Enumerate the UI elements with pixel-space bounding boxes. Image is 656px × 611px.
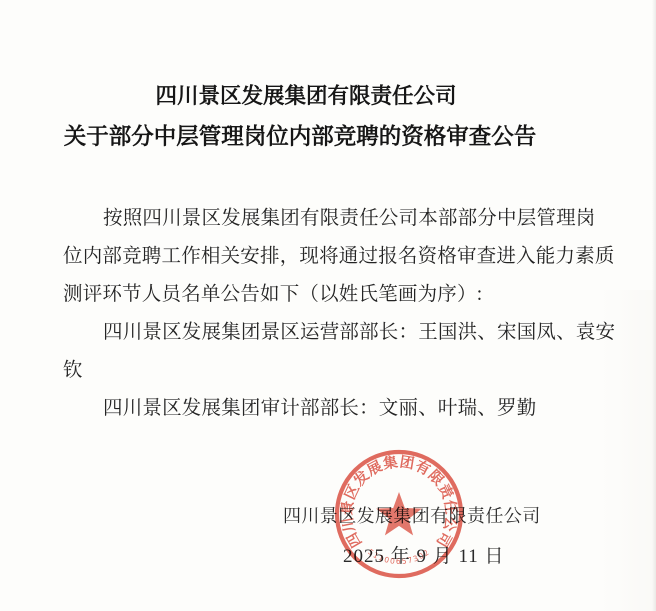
document-title-company: 四川景区发展集团有限责任公司: [0, 83, 612, 109]
body-line: 四川景区发展集团审计部部长：文丽、叶瑞、罗勤: [63, 390, 608, 428]
body-line: 位内部竞聘工作相关安排，现将通过报名资格审查进入能力素质: [63, 238, 608, 276]
signature-date: 2025 年 9 月 11 日: [343, 545, 505, 569]
seal-arc-text: 四川景区发展集团有限责任公司: [338, 452, 461, 550]
body-line: 四川景区发展集团景区运营部部长：王国洪、宋国凤、袁安: [63, 314, 608, 352]
document-page: 四川景区发展集团有限责任公司 关于部分中层管理岗位内部竞聘的资格审查公告 按照四…: [0, 0, 656, 611]
body-line: 按照四川景区发展集团有限责任公司本部部分中层管理岗: [63, 200, 608, 238]
signature-company: 四川景区发展集团有限责任公司: [283, 504, 541, 528]
document-body: 按照四川景区发展集团有限责任公司本部部分中层管理岗 位内部竞聘工作相关安排，现将…: [63, 200, 608, 428]
document-title-subject: 关于部分中层管理岗位内部竞聘的资格审查公告: [0, 121, 600, 153]
body-line: 测评环节人员名单公告如下（以姓氏笔画为序）:: [63, 276, 608, 314]
scan-edge-line: [652, 0, 656, 611]
body-line: 钦: [63, 352, 608, 390]
svg-text:四川景区发展集团有限责任公司: 四川景区发展集团有限责任公司: [338, 452, 461, 550]
